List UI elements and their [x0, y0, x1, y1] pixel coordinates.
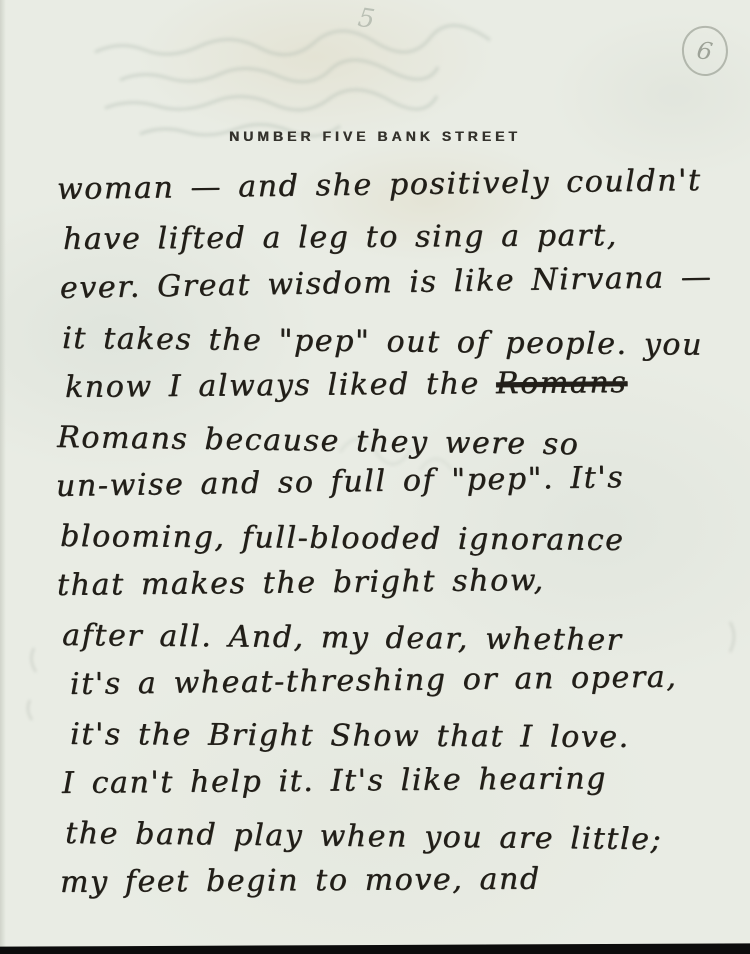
circled-page-number-digit: 6 — [695, 36, 715, 66]
handwritten-text: know I always liked the — [65, 366, 496, 405]
scanned-letter-page: 5 6 NUMBER FIVE BANK STREET woman — and … — [0, 0, 750, 954]
handwritten-line: ever. Great wisdom is like Nirvana — — [60, 259, 731, 320]
handwritten-line: I can't help it. It's like hearing — [62, 760, 730, 815]
handwritten-line: my feet begin to move, and — [60, 860, 730, 914]
handwritten-line: it's a wheat-threshing or an opera, — [70, 659, 731, 717]
handwritten-line: woman — and she positively couldn't — [57, 163, 731, 222]
handwritten-line-with-strikeout: know I always liked the Romans — [65, 364, 730, 419]
letterhead-text: NUMBER FIVE BANK STREET — [0, 128, 750, 144]
scan-edge-bar — [0, 943, 750, 954]
handwritten-line: that makes the bright show, — [57, 561, 730, 618]
circled-page-number: 6 — [679, 23, 732, 79]
struck-out-word: Romans — [496, 365, 628, 401]
handwritten-body: woman — and she positively couldn't have… — [56, 172, 730, 915]
pencil-page-number: 5 — [356, 3, 377, 35]
handwritten-line: un-wise and so full of "pep". It's — [56, 458, 731, 518]
